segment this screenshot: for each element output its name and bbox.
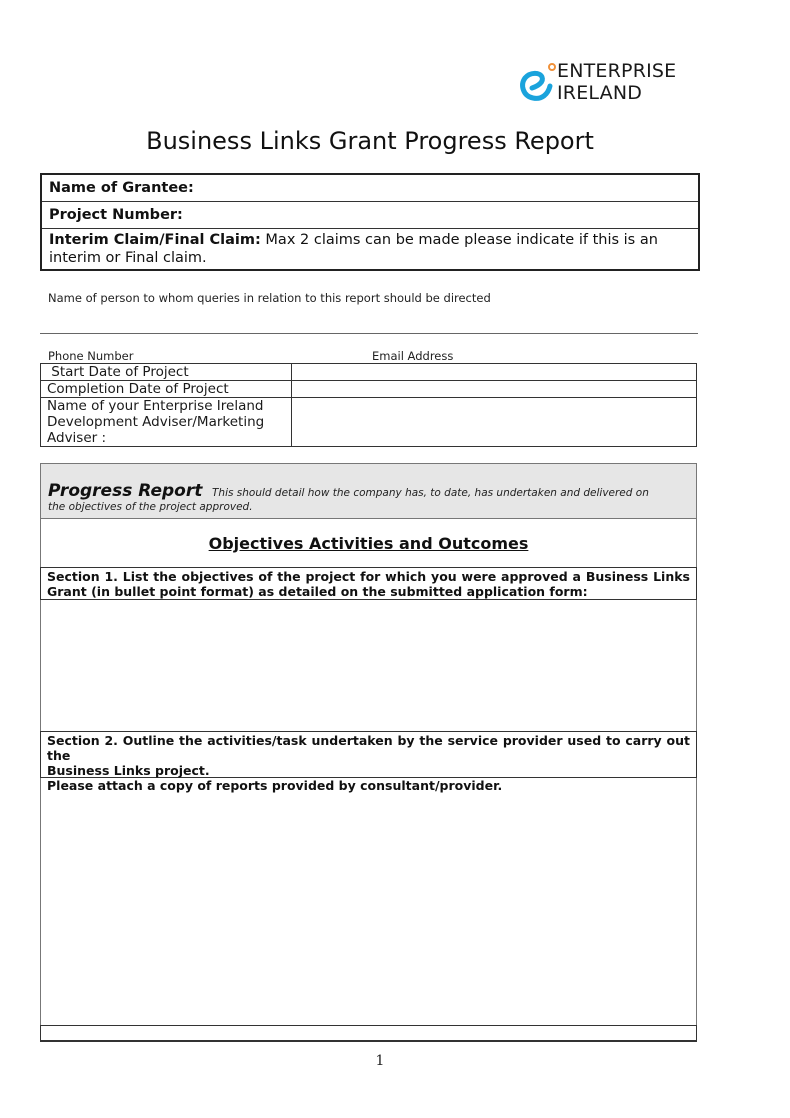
- start-date-field[interactable]: [292, 364, 697, 381]
- claim-type-label: Interim Claim/Final Claim:: [49, 232, 261, 248]
- table-row: Completion Date of Project: [41, 381, 697, 398]
- adviser-name-field[interactable]: [292, 398, 697, 447]
- progress-report-description: This should detail how the company has, …: [212, 487, 649, 499]
- adviser-name-label: Name of your Enterprise Ireland Developm…: [41, 398, 292, 447]
- claim-type-row[interactable]: Interim Claim/Final Claim: Max 2 claims …: [42, 229, 698, 269]
- project-dates-table: Start Date of Project Completion Date of…: [40, 363, 697, 447]
- logo-swirl-icon: [518, 58, 558, 106]
- logo-line-2: IRELAND: [557, 82, 676, 104]
- section-2-answer-field[interactable]: [41, 779, 696, 1025]
- queries-contact-line[interactable]: [40, 333, 698, 334]
- email-address-label: Email Address: [372, 349, 453, 363]
- table-row: Name of your Enterprise Ireland Developm…: [41, 398, 697, 447]
- grantee-row[interactable]: Name of Grantee:: [42, 175, 698, 202]
- page-number: 1: [0, 1053, 760, 1069]
- progress-table-last-row[interactable]: [40, 1025, 697, 1042]
- section-2-header: Section 2. Outline the activities/task u…: [40, 731, 697, 778]
- progress-report-description-cont: the objectives of the project approved.: [48, 501, 253, 513]
- logo-line-1: ENTERPRISE: [557, 60, 676, 82]
- completion-date-field[interactable]: [292, 381, 697, 398]
- phone-number-label: Phone Number: [48, 349, 133, 363]
- grantee-label: Name of Grantee:: [49, 179, 194, 197]
- section-1-text-cont: Grant (in bullet point format) as detail…: [47, 584, 690, 599]
- grantee-table: Name of Grantee: Project Number: Interim…: [40, 173, 700, 271]
- section-2-text-cont: Business Links project.: [47, 763, 690, 778]
- section-1-answer-field[interactable]: [41, 601, 696, 730]
- progress-report-title: Progress Report: [48, 481, 202, 501]
- objectives-heading: Objectives Activities and Outcomes: [41, 534, 696, 553]
- project-number-row[interactable]: Project Number:: [42, 202, 698, 229]
- start-date-label: Start Date of Project: [41, 364, 292, 381]
- page-title: Business Links Grant Progress Report: [0, 127, 740, 155]
- queries-contact-label: Name of person to whom queries in relati…: [48, 291, 491, 305]
- project-number-label: Project Number:: [49, 206, 183, 224]
- section-1-header: Section 1. List the objectives of the pr…: [40, 567, 697, 600]
- table-row: Start Date of Project: [41, 364, 697, 381]
- enterprise-ireland-logo: ENTERPRISE IRELAND: [518, 58, 698, 108]
- completion-date-label: Completion Date of Project: [41, 381, 292, 398]
- section-2-text: Section 2. Outline the activities/task u…: [47, 733, 690, 763]
- section-1-text: Section 1. List the objectives of the pr…: [47, 569, 690, 584]
